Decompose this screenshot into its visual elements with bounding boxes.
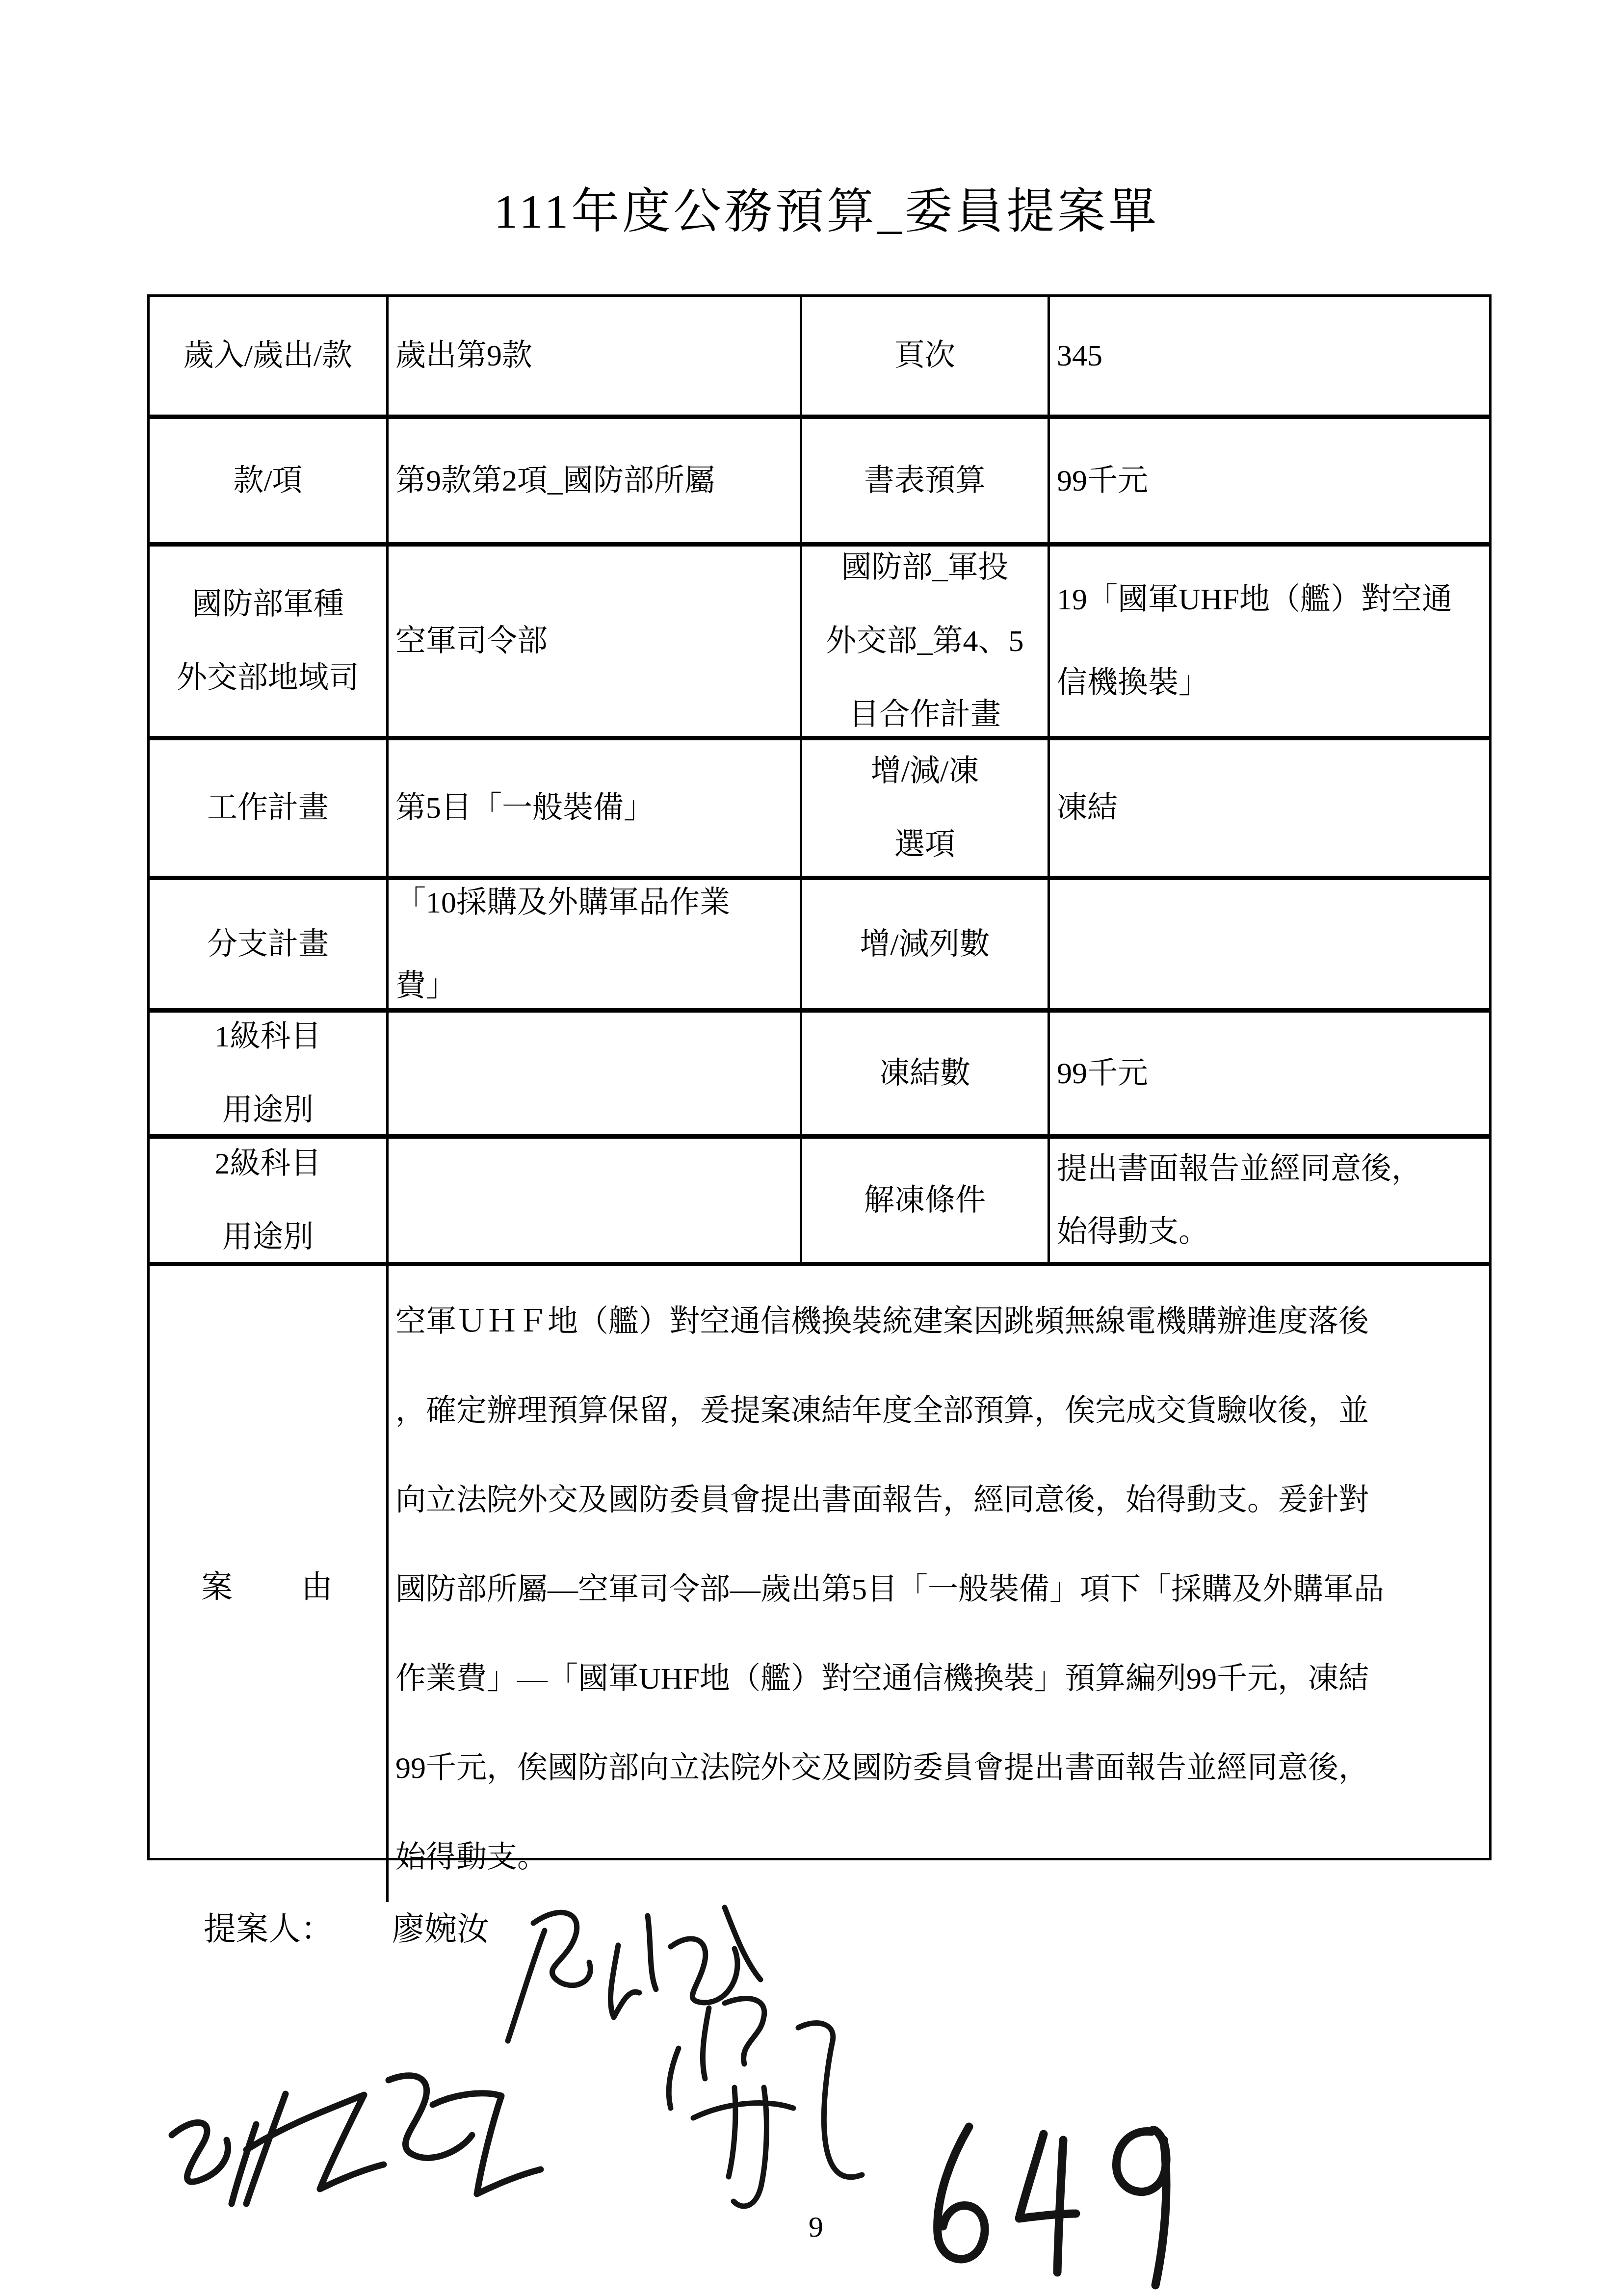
table-row: 款/項 第9款第2項_國防部所屬 書表預算 99千元 xyxy=(150,419,1489,547)
table-row: 2級科目 用途別 解凍條件 提出書面報告並經同意後， 始得動支。 xyxy=(150,1139,1489,1266)
cosigner-handwritten-signature-1 xyxy=(650,1989,900,2230)
row3-label2-cell: 國防部_軍投 外交部_第4、5 目合作計畫 xyxy=(802,547,1050,736)
row3-value-cell: 空軍司令部 xyxy=(389,547,802,736)
row2-label-cell: 款/項 xyxy=(150,419,389,542)
proposer-line: 提案人： 廖婉汝 xyxy=(204,1903,489,1949)
row4-value-cell: 第5目「一般裝備」 xyxy=(389,740,802,876)
row7-value2-cell: 提出書面報告並經同意後， 始得動支。 xyxy=(1050,1139,1489,1262)
row6-label2-cell: 凍結數 xyxy=(802,1013,1050,1134)
row5-value-cell: 「10採購及外購軍品作業 費」 xyxy=(389,880,802,1008)
row1-value2-cell: 345 xyxy=(1050,297,1489,415)
case-label-cell: 案 由 xyxy=(150,1266,389,1902)
row6-label-cell: 1級科目 用途別 xyxy=(150,1013,389,1134)
table-row: 歲入/歲出/款 歲出第9款 頁次 345 xyxy=(150,297,1489,419)
row7-label2-cell: 解凍條件 xyxy=(802,1139,1050,1262)
row5-label-cell: 分支計畫 xyxy=(150,880,389,1008)
case-text-cell: 空軍ＵＨＦ地（艦）對空通信機換裝統建案因跳頻無線電機購辦進度落後 ，確定辦理預算… xyxy=(389,1266,1489,1902)
row7-value-cell xyxy=(389,1139,802,1262)
row4-value2-cell: 凍結 xyxy=(1050,740,1489,876)
row7-label-cell: 2級科目 用途別 xyxy=(150,1139,389,1262)
case-row: 案 由 空軍ＵＨＦ地（艦）對空通信機換裝統建案因跳頻無線電機購辦進度落後 ，確定… xyxy=(150,1266,1489,1858)
handwritten-number-649 xyxy=(920,2119,1205,2296)
row4-label-cell: 工作計畫 xyxy=(150,740,389,876)
row3-label-cell: 國防部軍種 外交部地域司 xyxy=(150,547,389,736)
cosigner-handwritten-signature-2 xyxy=(157,2065,569,2222)
row1-label2-cell: 頁次 xyxy=(802,297,1050,415)
row2-value2-cell: 99千元 xyxy=(1050,419,1489,542)
scanned-budget-proposal-form: 111年度公務預算_委員提案單 歲入/歲出/款 歲出第9款 頁次 345 款/項… xyxy=(0,0,1624,2296)
row5-value2-cell xyxy=(1050,880,1489,1008)
row6-value-cell xyxy=(389,1013,802,1134)
table-row: 分支計畫 「10採購及外購軍品作業 費」 增/減列數 xyxy=(150,880,1489,1013)
proposer-label: 提案人： xyxy=(204,1903,333,1949)
proposer-name: 廖婉汝 xyxy=(392,1903,489,1949)
table-row: 國防部軍種 外交部地域司 空軍司令部 國防部_軍投 外交部_第4、5 目合作計畫… xyxy=(150,547,1489,740)
row4-label2-cell: 增/減/凍 選項 xyxy=(802,740,1050,876)
row1-label-cell: 歲入/歲出/款 xyxy=(150,297,389,415)
proposal-table: 歲入/歲出/款 歲出第9款 頁次 345 款/項 第9款第2項_國防部所屬 書表… xyxy=(147,294,1492,1860)
row3-value2-cell: 19「國軍UHF地（艦）對空通 信機換裝」 xyxy=(1050,547,1489,736)
page-title: 111年度公務預算_委員提案單 xyxy=(0,173,1624,242)
row5-label2-cell: 增/減列數 xyxy=(802,880,1050,1008)
page-number: 9 xyxy=(809,2210,823,2244)
row2-label2-cell: 書表預算 xyxy=(802,419,1050,542)
table-row: 工作計畫 第5目「一般裝備」 增/減/凍 選項 凍結 xyxy=(150,740,1489,880)
row6-value2-cell: 99千元 xyxy=(1050,1013,1489,1134)
row2-value-cell: 第9款第2項_國防部所屬 xyxy=(389,419,802,542)
table-row: 1級科目 用途別 凍結數 99千元 xyxy=(150,1013,1489,1139)
row1-value-cell: 歲出第9款 xyxy=(389,297,802,415)
